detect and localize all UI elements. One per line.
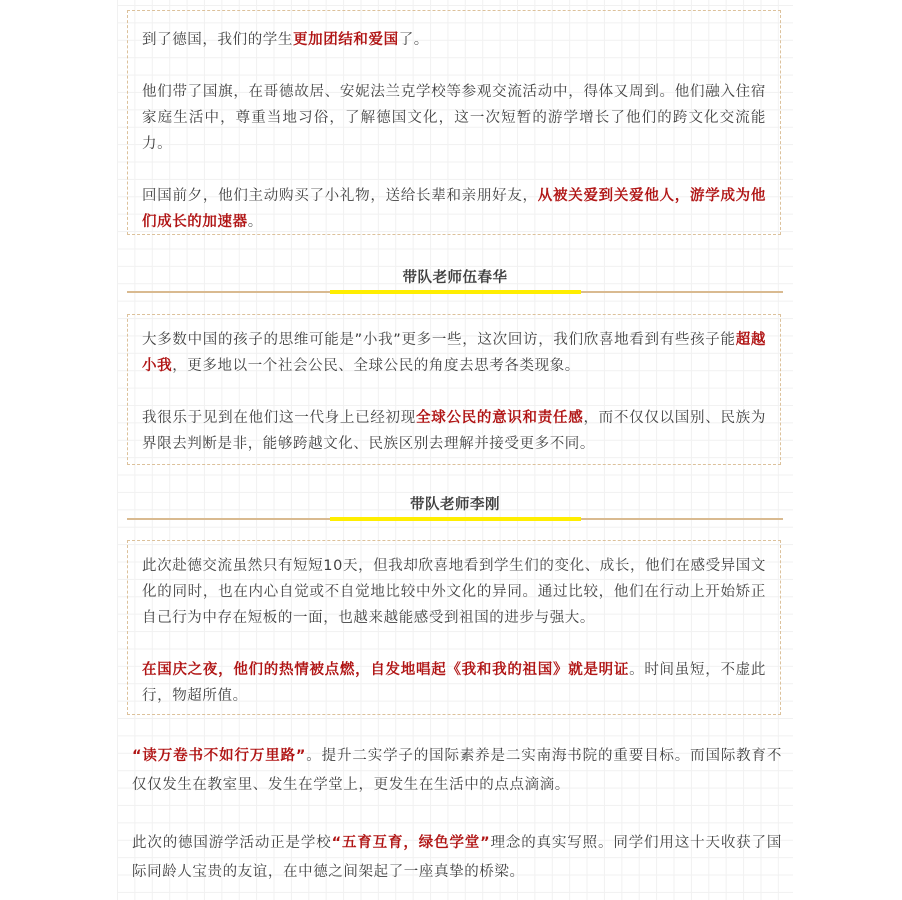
- text: 他们带了国旗，在哥德故居、安妮法兰克学校等参观交流活动中，得体又周到。他们融入住…: [142, 84, 766, 152]
- text: 。: [248, 214, 263, 230]
- paragraph: 到了德国，我们的学生更加团结和爱国了。: [142, 27, 766, 53]
- text: 此次的德国游学活动正是学校: [132, 835, 332, 851]
- highlight-text: 在国庆之夜，他们的热情被点燃，自发地唱起《我和我的祖国》就是明证: [142, 662, 629, 678]
- paragraph: 大多数中国的孩子的思维可能是”小我”更多一些，这次回访，我们欣喜地看到有些孩子能…: [142, 327, 766, 379]
- paragraph: “读万卷书不如行万里路”。提升二实学子的国际素养是二实南海书院的重要目标。而国际…: [132, 742, 782, 800]
- highlight-text: 更加团结和爱国: [293, 32, 399, 48]
- highlight-text: 全球公民的意识和责任感: [416, 410, 583, 426]
- article-body: 到了德国，我们的学生更加团结和爱国了。 他们带了国旗，在哥德故居、安妮法兰克学校…: [117, 0, 793, 900]
- highlight-text: “读万卷书不如行万里路”: [132, 748, 306, 764]
- paragraph: 回国前夕，他们主动购买了小礼物，送给长辈和亲朋好友，从被关爱到关爱他人，游学成为…: [142, 183, 766, 235]
- text: ，更多地以一个社会公民、全球公民的角度去思考各类现象。: [172, 358, 580, 374]
- section-title-li-gang: 带队老师李刚: [127, 493, 783, 533]
- text: 此次赴德交流虽然只有短短10天，但我却欣喜地看到学生们的变化、成长，他们在感受异…: [142, 558, 766, 626]
- paragraph: 此次赴德交流虽然只有短短10天，但我却欣喜地看到学生们的变化、成长，他们在感受异…: [142, 553, 766, 631]
- text: 回国前夕，他们主动购买了小礼物，送给长辈和亲朋好友，: [142, 188, 538, 204]
- quote-box-students: 到了德国，我们的学生更加团结和爱国了。 他们带了国旗，在哥德故居、安妮法兰克学校…: [127, 10, 781, 235]
- paragraph: 我很乐于见到在他们这一代身上已经初现全球公民的意识和责任感，而不仅仅以国别、民族…: [142, 405, 766, 457]
- quote-box-li-gang: 此次赴德交流虽然只有短短10天，但我却欣喜地看到学生们的变化、成长，他们在感受异…: [127, 540, 781, 715]
- text: 大多数中国的孩子的思维可能是”小我”更多一些，这次回访，我们欣喜地看到有些孩子能: [142, 332, 736, 348]
- section-title-wu-chunhua: 带队老师伍春华: [127, 266, 783, 306]
- paragraph: 他们带了国旗，在哥德故居、安妮法兰克学校等参观交流活动中，得体又周到。他们融入住…: [142, 79, 766, 157]
- highlight-text: “五育互育，绿色学堂”: [332, 835, 491, 851]
- text: 到了德国，我们的学生: [142, 32, 293, 48]
- text: 了。: [399, 32, 429, 48]
- text: 我很乐于见到在他们这一代身上已经初现: [142, 410, 416, 426]
- section-heading: 带队老师伍春华: [127, 266, 783, 287]
- accent-bar: [330, 290, 581, 294]
- closing-text: “读万卷书不如行万里路”。提升二实学子的国际素养是二实南海书院的重要目标。而国际…: [132, 742, 782, 887]
- section-heading: 带队老师李刚: [127, 493, 783, 514]
- paragraph: 在国庆之夜，他们的热情被点燃，自发地唱起《我和我的祖国》就是明证。时间虽短，不虚…: [142, 657, 766, 709]
- paragraph: 此次的德国游学活动正是学校“五育互育，绿色学堂”理念的真实写照。同学们用这十天收…: [132, 829, 782, 887]
- quote-box-wu-chunhua: 大多数中国的孩子的思维可能是”小我”更多一些，这次回访，我们欣喜地看到有些孩子能…: [127, 314, 781, 465]
- accent-bar: [330, 517, 581, 521]
